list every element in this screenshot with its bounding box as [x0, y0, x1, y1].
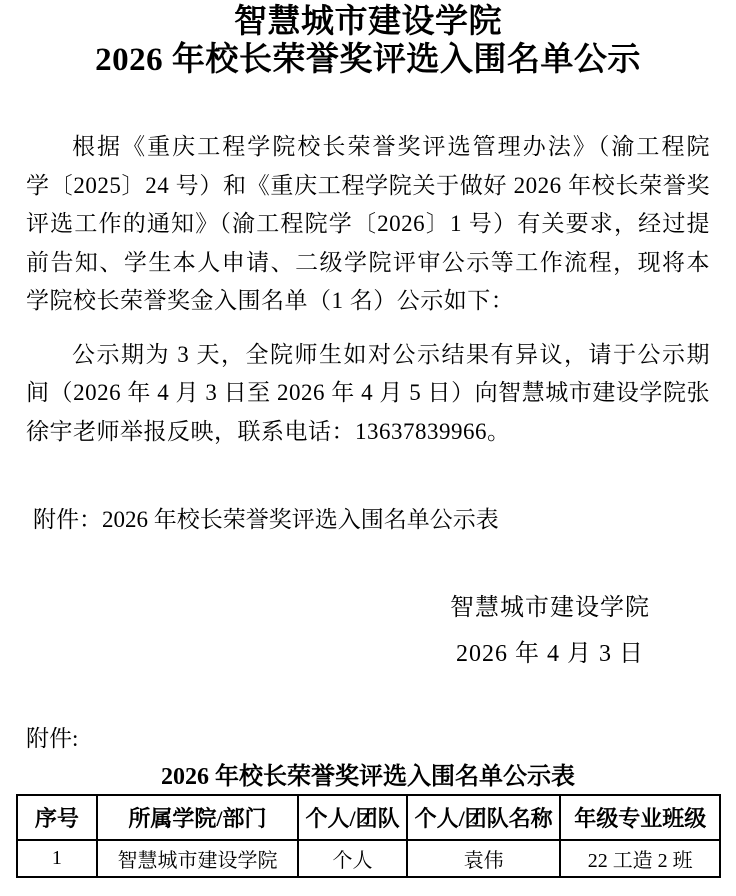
attachment-table-title: 2026 年校长荣誉奖评选入围名单公示表: [0, 763, 736, 791]
header-grade-major-class: 年级专业班级: [560, 795, 720, 840]
paragraph-publicity-period: 公示期为 3 天，全院师生如对公示结果有异议，请于公示期 间（2026 年 4 …: [26, 336, 710, 452]
paragraph-line: 学〔2025〕24 号）和《重庆工程学院关于做好 2026 年校长荣誉奖: [26, 167, 710, 206]
attachment-section-label: 附件:: [26, 720, 736, 758]
paragraph-line: 间（2026 年 4 月 3 日至 2026 年 4 月 5 日）向智慧城市建设…: [26, 374, 710, 413]
cell-serial-number: 1: [17, 840, 97, 877]
header-individual-or-team: 个人/团队: [298, 795, 407, 840]
paragraph-line: 前告知、学生本人申请、二级学院评审公示等工作流程，现将本: [26, 244, 710, 283]
attachment-reference: 附件：2026 年校长荣誉奖评选入围名单公示表: [26, 501, 710, 540]
paragraph-line: 根据《重庆工程学院校长荣誉奖评选管理办法》（渝工程院: [26, 128, 710, 167]
paragraph-line: 公示期为 3 天，全院师生如对公示结果有异议，请于公示期: [26, 336, 710, 375]
paragraph-line: 徐宇老师举报反映，联系电话：13637839966。: [26, 413, 710, 452]
header-serial-number: 序号: [17, 795, 97, 840]
document-title-line2: 2026 年校长荣誉奖评选入围名单公示: [0, 41, 736, 79]
cell-grade-major-class: 22 工造 2 班: [560, 840, 720, 877]
paragraph-basis: 根据《重庆工程学院校长荣誉奖评选管理办法》（渝工程院 学〔2025〕24 号）和…: [26, 128, 710, 321]
cell-individual-team-name: 袁伟: [407, 840, 561, 877]
signature-block: 智慧城市建设学院 2026 年 4 月 3 日: [390, 585, 710, 677]
signature-date: 2026 年 4 月 3 日: [390, 631, 710, 677]
document-title: 智慧城市建设学院 2026 年校长荣誉奖评选入围名单公示: [0, 3, 736, 79]
document-body: 根据《重庆工程学院校长荣誉奖评选管理办法》（渝工程院 学〔2025〕24 号）和…: [26, 128, 710, 540]
paragraph-line: 学院校长荣誉奖金入围名单（1 名）公示如下：: [26, 282, 710, 321]
paragraph-line: 评选工作的通知》（渝工程院学〔2026〕1 号）有关要求，经过提: [26, 205, 710, 244]
shortlist-table: 序号 所属学院/部门 个人/团队 个人/团队名称 年级专业班级 1 智慧城市建设…: [16, 794, 721, 878]
header-individual-team-name: 个人/团队名称: [407, 795, 561, 840]
cell-individual-or-team: 个人: [298, 840, 407, 877]
document-title-line1: 智慧城市建设学院: [0, 3, 736, 41]
document-page: 智慧城市建设学院 2026 年校长荣誉奖评选入围名单公示 根据《重庆工程学院校长…: [0, 0, 736, 896]
header-college-department: 所属学院/部门: [97, 795, 298, 840]
table-row: 1 智慧城市建设学院 个人 袁伟 22 工造 2 班: [17, 840, 720, 877]
table-header-row: 序号 所属学院/部门 个人/团队 个人/团队名称 年级专业班级: [17, 795, 720, 840]
cell-college-department: 智慧城市建设学院: [97, 840, 298, 877]
signature-organization: 智慧城市建设学院: [390, 585, 710, 631]
